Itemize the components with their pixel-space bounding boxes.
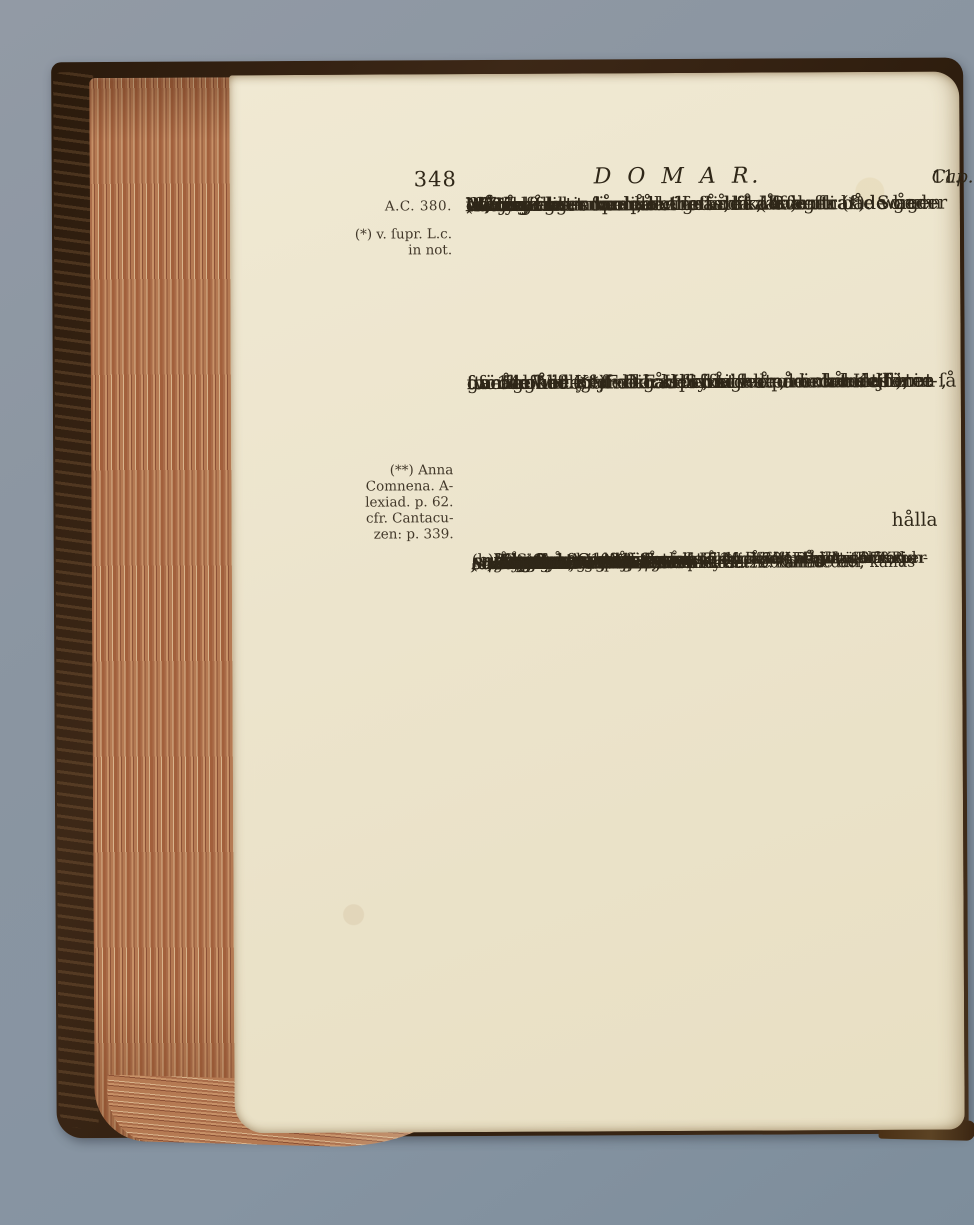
margin-note-ref1-line1: (*) v. ſupr. L.c.	[355, 226, 452, 243]
margin-note-line: zen: p. 339.	[344, 526, 454, 543]
catchword: hålla	[467, 510, 937, 533]
footnotes-block: (b) T. S. Bayer in Act. Petrop. T. 4. p.…	[472, 549, 946, 555]
text-line: tweåggade yxor och hillebårder på axlarn…	[467, 370, 941, 372]
running-title: D O M A R.	[594, 164, 762, 190]
footnote-b: (b) T. S. Bayer in Act. Petrop. T. 4. p.…	[472, 549, 946, 551]
fore-edge-pages	[89, 77, 243, 1142]
margin-note-line: Comnena. A-	[343, 478, 453, 495]
margin-note-ref1-line2: in not.	[408, 242, 452, 258]
margin-note-line: (**) Anna	[343, 462, 453, 479]
book-page: 348 D O M A R. 11. Cap. A.C. 380. (*) v.…	[229, 72, 965, 1134]
footnote-line: öfverens med wåra gamla Scandiſka Hiſtor…	[494, 549, 946, 551]
margin-note-line: lexiad. p. 62.	[343, 494, 453, 511]
margin-notes-column: A.C. 380. (*) v. ſupr. L.c. in not. (**)…	[341, 74, 457, 1133]
margin-note-anno: A.C. 380.	[385, 198, 452, 214]
margin-note-ref2: (**) Anna Comnena. A- lexiad. p. 62. cfr…	[343, 462, 453, 543]
book: 348 D O M A R. 11. Cap. A.C. 380. (*) v.…	[0, 0, 974, 1225]
paragraph-2: 14. Wid Kejſerliga Hofvet woro de kånde …	[467, 370, 941, 372]
paragraph-1: eller af wårja och wårda , hvilket komme…	[466, 192, 940, 194]
margin-note-line: cfr. Cantacu-	[343, 510, 453, 527]
